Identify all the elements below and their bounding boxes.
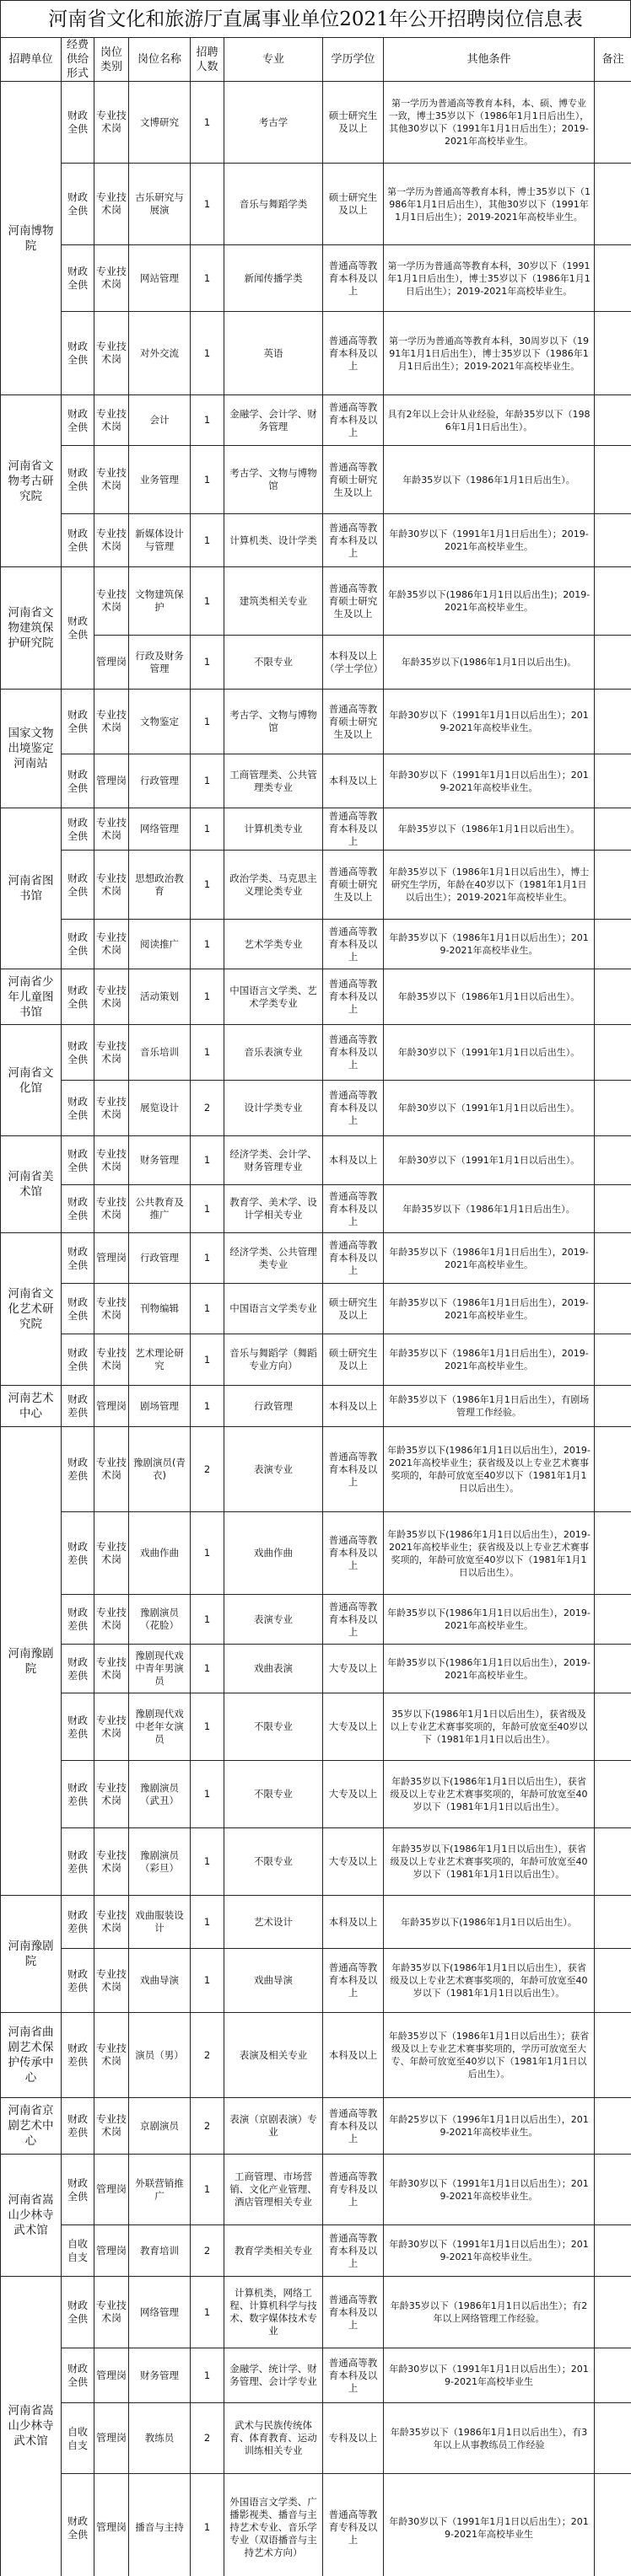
- conditions-cell: 年龄35岁以下(1986年1月1日以后出生），2019-2021年高校毕业生；获…: [384, 1512, 595, 1595]
- education-cell: 普通高等教育专科及以上: [323, 2155, 384, 2225]
- category-cell: 管理岗: [94, 754, 129, 808]
- count-cell: 1: [191, 754, 224, 808]
- table-row: 财政全供专业技术岗艺术理论研究1音乐与舞蹈学（舞蹈专业方向）硕士研究生及以上年龄…: [1, 1334, 631, 1386]
- remarks-cell: [595, 82, 631, 164]
- conditions-cell: 年龄35岁以下（1986年1月1日后出生），有剧场管理工作经验。: [384, 1386, 595, 1427]
- count-cell: 1: [191, 2155, 224, 2225]
- category-cell: 专业技术岗: [94, 1427, 129, 1512]
- education-cell: 大专及以上: [323, 1693, 384, 1761]
- category-cell: 专业技术岗: [94, 1334, 129, 1386]
- funding-cell: 财政全供: [62, 245, 94, 312]
- remarks-cell: [595, 1386, 631, 1427]
- table-row: 河南省文物考古研究院财政全供专业技术岗会计1金融学、会计学、财务管理普通高等教育…: [1, 395, 631, 446]
- count-cell: 1: [191, 1025, 224, 1081]
- conditions-cell: 年龄35岁以下(1986年1月1日以后出生)；2019-2021年高校毕业生。: [384, 567, 595, 636]
- category-cell: 专业技术岗: [94, 851, 129, 920]
- count-cell: 2: [191, 1427, 224, 1512]
- category-cell: 专业技术岗: [94, 1136, 129, 1185]
- conditions-cell: 年龄30岁以下（1991年1月1日以后出生）；2019-2021年高校毕业生。: [384, 690, 595, 754]
- major-cell: 武术与民族传统体育、体育教育、运动训练相关专业: [224, 2403, 323, 2474]
- unit-cell: 河南省京剧艺术中心: [1, 2098, 62, 2155]
- table-row: 财政全供专业技术岗阅读推广1艺术学类专业普通高等教育本科及以上年龄35岁以下（1…: [1, 920, 631, 969]
- count-cell: 1: [191, 1645, 224, 1693]
- unit-cell: 河南艺术中心: [1, 1386, 62, 1427]
- count-cell: 1: [191, 969, 224, 1025]
- funding-cell: 财政全供: [62, 312, 94, 395]
- position-cell: 古乐研究与展演: [129, 164, 191, 245]
- position-cell: 网站管理: [129, 245, 191, 312]
- conditions-cell: 年龄35岁以下(1986年1月1日以后出生），2019-2021年高校毕业生。: [384, 1645, 595, 1693]
- unit-cell: 河南省文化艺术研究院: [1, 1233, 62, 1386]
- position-cell: 行政管理: [129, 754, 191, 808]
- category-cell: 专业技术岗: [94, 1949, 129, 2013]
- header-row: 招聘单位 经费供给形式 岗位类别 岗位名称 招聘人数 专业 学历学位 其他条件 …: [1, 38, 631, 82]
- conditions-cell: 第一学历为普通高等教育本科，30岁以下（1991年1月1日后出生），博士35岁以…: [384, 245, 595, 312]
- education-cell: 普通高等教育硕士研究生及以上: [323, 851, 384, 920]
- major-cell: 经济学类、公共管理类专业: [224, 1233, 323, 1284]
- remarks-cell: [595, 2225, 631, 2277]
- conditions-cell: 年龄35岁以下（1986年1月1日后出生），2019-2021年高校毕业生。: [384, 1284, 595, 1334]
- table-row: 河南省文化馆财政全供专业技术岗音乐培训1音乐表演专业普通高等教育本科及以上年龄3…: [1, 1025, 631, 1081]
- category-cell: 专业技术岗: [94, 1693, 129, 1761]
- position-cell: 演员（男）: [129, 2013, 191, 2098]
- education-cell: 本科及以上: [323, 754, 384, 808]
- funding-cell: 财政全供: [62, 164, 94, 245]
- conditions-cell: 年龄35岁以下（1986年1月1日后出生），2019-2021年高校毕业生。: [384, 1233, 595, 1284]
- table-row: 财政差供专业技术岗戏曲作曲1戏曲作曲普通高等教育本科及以上年龄35岁以下(198…: [1, 1512, 631, 1595]
- unit-cell: 河南豫剧院: [1, 1896, 62, 2013]
- major-cell: 考古学、文物与博物馆: [224, 446, 323, 514]
- category-cell: 管理岗: [94, 636, 129, 690]
- unit-cell: 河南省嵩山少林寺武术馆: [1, 2277, 62, 2576]
- conditions-cell: 年龄25岁以下（1996年1月1日以后出生），2019-2021年高校毕业生。: [384, 2098, 595, 2155]
- count-cell: 1: [191, 1512, 224, 1595]
- table-row: 自收自支管理岗教育培训2教育学类相关专业普通高等教育本科及以上年龄30岁以下（1…: [1, 2225, 631, 2277]
- remarks-cell: [595, 969, 631, 1025]
- count-cell: 1: [191, 514, 224, 567]
- conditions-cell: 年龄30岁以下（1991年1月1日以后出生）；2019-2021年高校毕业生。: [384, 2155, 595, 2225]
- major-cell: 计算机类、设计学类: [224, 514, 323, 567]
- conditions-cell: 年龄35岁以下（1986年1月1日以后出生），博士研究生学历，年龄在40岁以下（…: [384, 851, 595, 920]
- table-row: 河南豫剧院财政差供专业技术岗戏曲服装设计1艺术设计本科及以上年龄35岁以下(19…: [1, 1896, 631, 1949]
- major-cell: 表演及相关专业: [224, 2013, 323, 2098]
- remarks-cell: [595, 2403, 631, 2474]
- major-cell: 考古学、文物与博物馆: [224, 690, 323, 754]
- table-body: 河南博物院财政全供专业技术岗文博研究1考古学硕士研究生及以上第一学历为普通高等教…: [1, 82, 631, 2576]
- position-cell: 豫剧演员（武丑）: [129, 1761, 191, 1828]
- category-cell: 专业技术岗: [94, 2277, 129, 2348]
- major-cell: 计算机类，网络工程、计算机科学与技术、数字媒体技术专业: [224, 2277, 323, 2348]
- funding-cell: 财政全供: [62, 1025, 94, 1081]
- education-cell: 普通高等教育硕士研究生及以上: [323, 690, 384, 754]
- conditions-cell: 年龄35岁以下（1986年1月1日以后出生）；获省级及以上专业艺术赛事奖项的，学…: [384, 2013, 595, 2098]
- major-cell: 戏曲表演: [224, 1645, 323, 1693]
- education-cell: 本科及以上: [323, 2013, 384, 2098]
- category-cell: 专业技术岗: [94, 82, 129, 164]
- conditions-cell: 年龄30岁以下（1991年1月1日以后出生）；2019-2021年高校毕业生: [384, 2348, 595, 2403]
- funding-cell: 财政全供: [62, 2155, 94, 2225]
- remarks-cell: [595, 754, 631, 808]
- header-funding: 经费供给形式: [62, 38, 94, 82]
- major-cell: 戏曲导演: [224, 1949, 323, 2013]
- conditions-cell: 年龄35岁以下（1986年1月1日以后出生）；2019-2021年高校毕业生。: [384, 920, 595, 969]
- funding-cell: 财政全供: [62, 1334, 94, 1386]
- education-cell: 普通高等教育专科及以上: [323, 2474, 384, 2576]
- conditions-cell: 年龄30岁以下（1991年1月1日以后出生）；2019-2021年高校毕业生。: [384, 2225, 595, 2277]
- category-cell: 专业技术岗: [94, 1896, 129, 1949]
- major-cell: 金融学、统计学、财务管理、会计学专业: [224, 2348, 323, 2403]
- category-cell: 专业技术岗: [94, 920, 129, 969]
- category-cell: 管理岗: [94, 2348, 129, 2403]
- unit-cell: 国家文物出境鉴定河南站: [1, 690, 62, 808]
- recruitment-sheet: 河南省文化和旅游厅直属事业单位2021年公开招聘岗位信息表 招聘单位 经费供给形…: [0, 0, 631, 2576]
- positions-table: 招聘单位 经费供给形式 岗位类别 岗位名称 招聘人数 专业 学历学位 其他条件 …: [0, 37, 631, 2576]
- count-cell: 1: [191, 2474, 224, 2576]
- remarks-cell: [595, 395, 631, 446]
- education-cell: 硕士研究生及以上: [323, 164, 384, 245]
- position-cell: 财务管理: [129, 1136, 191, 1185]
- remarks-cell: [595, 1284, 631, 1334]
- education-cell: 普通高等教育本科及以上: [323, 2277, 384, 2348]
- header-remarks: 备注: [595, 38, 631, 82]
- category-cell: 管理岗: [94, 2403, 129, 2474]
- major-cell: 建筑类相关专业: [224, 567, 323, 636]
- conditions-cell: 年龄35岁以下（1986年1月1日以后出生）。: [384, 969, 595, 1025]
- count-cell: 2: [191, 2225, 224, 2277]
- header-count: 招聘人数: [191, 38, 224, 82]
- table-row: 财政全供专业技术岗展览设计2设计学类专业普通高等教育本科及以上年龄30岁以下（1…: [1, 1081, 631, 1136]
- position-cell: 文博研究: [129, 82, 191, 164]
- remarks-cell: [595, 2098, 631, 2155]
- education-cell: 大专及以上: [323, 1645, 384, 1693]
- table-row: 河南省文化艺术研究院财政全供管理岗行政管理1经济学类、公共管理类专业普通高等教育…: [1, 1233, 631, 1284]
- education-cell: 本科及以上: [323, 1896, 384, 1949]
- major-cell: 教育学、美术学、设计学相关专业: [224, 1185, 323, 1233]
- education-cell: 硕士研究生及以上: [323, 82, 384, 164]
- funding-cell: 财政全供: [62, 920, 94, 969]
- education-cell: 普通高等教育本科及以上: [323, 245, 384, 312]
- position-cell: 剧场管理: [129, 1386, 191, 1427]
- major-cell: 工商管理类、公共管理类专业: [224, 754, 323, 808]
- remarks-cell: [595, 2155, 631, 2225]
- conditions-cell: 具有2年以上会计从业经验，年龄35岁以下（1986年1月1日后出生）。: [384, 395, 595, 446]
- remarks-cell: [595, 920, 631, 969]
- education-cell: 大专及以上: [323, 1828, 384, 1896]
- remarks-cell: [595, 2348, 631, 2403]
- remarks-cell: [595, 808, 631, 851]
- table-row: 河南省图书馆财政全供专业技术岗网络管理1计算机类专业普通高等教育本科及以上年龄3…: [1, 808, 631, 851]
- conditions-cell: 第一学历为普通高等教育本科，30周岁以下（1991年1月1日后出生），博士35岁…: [384, 312, 595, 395]
- count-cell: 1: [191, 1896, 224, 1949]
- remarks-cell: [595, 1185, 631, 1233]
- major-cell: 音乐与舞蹈学（舞蹈专业方向）: [224, 1334, 323, 1386]
- remarks-cell: [595, 1896, 631, 1949]
- remarks-cell: [595, 245, 631, 312]
- position-cell: 京剧演员: [129, 2098, 191, 2155]
- category-cell: 专业技术岗: [94, 1284, 129, 1334]
- table-row: 财政全供专业技术岗刊物编辑1中国语言文学类专业硕士研究生及以上年龄35岁以下（1…: [1, 1284, 631, 1334]
- funding-cell: 财政差供: [62, 1595, 94, 1645]
- funding-cell: 财政全供: [62, 808, 94, 851]
- category-cell: 专业技术岗: [94, 312, 129, 395]
- table-row: 财政全供专业技术岗公共教育及推广1教育学、美术学、设计学相关专业普通高等教育本科…: [1, 1185, 631, 1233]
- remarks-cell: [595, 312, 631, 395]
- category-cell: 专业技术岗: [94, 808, 129, 851]
- position-cell: 文物鉴定: [129, 690, 191, 754]
- unit-cell: 河南省美术馆: [1, 1136, 62, 1233]
- funding-cell: 财政全供: [62, 851, 94, 920]
- position-cell: 网络管理: [129, 808, 191, 851]
- category-cell: 专业技术岗: [94, 245, 129, 312]
- category-cell: 专业技术岗: [94, 446, 129, 514]
- education-cell: 普通高等教育硕士研究生及以上: [323, 446, 384, 514]
- major-cell: 工商管理、市场营销、文化产业管理、酒店管理相关专业: [224, 2155, 323, 2225]
- major-cell: 不限专业: [224, 1693, 323, 1761]
- count-cell: 1: [191, 1595, 224, 1645]
- count-cell: 2: [191, 1081, 224, 1136]
- conditions-cell: 第一学历为普通高等教育本科，博士35岁以下（1986年1月1日后出生），其他30…: [384, 164, 595, 245]
- table-row: 财政差供专业技术岗豫剧演员（花脸）1表演专业普通高等教育本科及以上年龄35岁以下…: [1, 1595, 631, 1645]
- conditions-cell: 35岁以下(1986年1月1日以后出生），获省级及以上专业艺术赛事奖项的，年龄可…: [384, 1693, 595, 1761]
- remarks-cell: [595, 567, 631, 636]
- unit-cell: 河南博物院: [1, 82, 62, 395]
- funding-cell: 财政差供: [62, 1645, 94, 1693]
- education-cell: 普通高等教育本科及以上: [323, 1233, 384, 1284]
- table-row: 财政差供专业技术岗豫剧现代戏中青年男演员1戏曲表演大专及以上年龄35岁以下(19…: [1, 1645, 631, 1693]
- category-cell: 管理岗: [94, 2474, 129, 2576]
- major-cell: 不限专业: [224, 1828, 323, 1896]
- education-cell: 普通高等教育本科及以上: [323, 1025, 384, 1081]
- count-cell: 1: [191, 1185, 224, 1233]
- table-row: 财政全供专业技术岗古乐研究与展演1音乐与舞蹈学类硕士研究生及以上第一学历为普通高…: [1, 164, 631, 245]
- table-row: 河南豫剧院财政差供专业技术岗豫剧演员(青衣)2表演专业普通高等教育本科及以上年龄…: [1, 1427, 631, 1512]
- position-cell: 网络管理: [129, 2277, 191, 2348]
- remarks-cell: [595, 690, 631, 754]
- table-row: 财政全供专业技术岗网站管理1新闻传播学类普通高等教育本科及以上第一学历为普通高等…: [1, 245, 631, 312]
- major-cell: 艺术设计: [224, 1896, 323, 1949]
- category-cell: 管理岗: [94, 1386, 129, 1427]
- count-cell: 1: [191, 312, 224, 395]
- category-cell: 专业技术岗: [94, 2013, 129, 2098]
- major-cell: 考古学: [224, 82, 323, 164]
- remarks-cell: [595, 1025, 631, 1081]
- major-cell: 表演专业: [224, 1427, 323, 1512]
- position-cell: 豫剧演员(青衣): [129, 1427, 191, 1512]
- category-cell: 专业技术岗: [94, 1828, 129, 1896]
- category-cell: 专业技术岗: [94, 514, 129, 567]
- major-cell: 不限专业: [224, 1761, 323, 1828]
- count-cell: 2: [191, 2098, 224, 2155]
- count-cell: 1: [191, 808, 224, 851]
- table-row: 财政差供专业技术岗豫剧演员（彩旦）1不限专业大专及以上年龄35岁以下(1986年…: [1, 1828, 631, 1896]
- remarks-cell: [595, 1233, 631, 1284]
- major-cell: 不限专业: [224, 636, 323, 690]
- position-cell: 外联营销推广: [129, 2155, 191, 2225]
- education-cell: 普通高等教育本科及以上: [323, 808, 384, 851]
- conditions-cell: 年龄35岁以下(1986年1月1日以后出生），获省级及以上专业艺术赛事奖项的，年…: [384, 1761, 595, 1828]
- remarks-cell: [595, 2013, 631, 2098]
- position-cell: 教育培训: [129, 2225, 191, 2277]
- count-cell: 1: [191, 82, 224, 164]
- remarks-cell: [595, 1595, 631, 1645]
- count-cell: 1: [191, 690, 224, 754]
- conditions-cell: 年龄35岁以下(1986年1月1日以后出生），获省级及以上专业艺术赛事奖项的，年…: [384, 1828, 595, 1896]
- count-cell: 1: [191, 920, 224, 969]
- header-major: 专业: [224, 38, 323, 82]
- position-cell: 豫剧现代戏中老年女演员: [129, 1693, 191, 1761]
- header-education: 学历学位: [323, 38, 384, 82]
- remarks-cell: [595, 1334, 631, 1386]
- education-cell: 本科及以上: [323, 1386, 384, 1427]
- remarks-cell: [595, 1828, 631, 1896]
- position-cell: 音乐培训: [129, 1025, 191, 1081]
- table-row: 河南省曲剧艺术保护传承中心财政差供专业技术岗演员（男）2表演及相关专业本科及以上…: [1, 2013, 631, 2098]
- unit-cell: 河南省文物建筑保护研究院: [1, 567, 62, 690]
- position-cell: 新媒体设计与管理: [129, 514, 191, 567]
- funding-cell: 财政全供: [62, 514, 94, 567]
- conditions-cell: 年龄35岁以下（1986年1月1日后出生），2019-2021年高校毕业生。: [384, 1334, 595, 1386]
- category-cell: 专业技术岗: [94, 164, 129, 245]
- education-cell: 本科及以上: [323, 1136, 384, 1185]
- category-cell: 专业技术岗: [94, 1512, 129, 1595]
- major-cell: 外国语言文学类、广播影视类、播音与主持艺术专业、音乐学专业（双语播音与主持艺术方…: [224, 2474, 323, 2576]
- funding-cell: 财政差供: [62, 1427, 94, 1512]
- conditions-cell: 年龄35岁以下（1986年1月1日后出生）。: [384, 446, 595, 514]
- position-cell: 公共教育及推广: [129, 1185, 191, 1233]
- count-cell: 1: [191, 446, 224, 514]
- table-row: 财政差供专业技术岗戏曲导演1戏曲导演普通高等教育本科及以上年龄35岁以下(198…: [1, 1949, 631, 2013]
- position-cell: 思想政治教育: [129, 851, 191, 920]
- count-cell: 1: [191, 245, 224, 312]
- category-cell: 专业技术岗: [94, 1761, 129, 1828]
- remarks-cell: [595, 1761, 631, 1828]
- major-cell: 戏曲作曲: [224, 1512, 323, 1595]
- education-cell: 普通高等教育硕士研究生及以上: [323, 567, 384, 636]
- education-cell: 本科及以上（学士学位）: [323, 636, 384, 690]
- remarks-cell: [595, 1427, 631, 1512]
- table-row: 河南艺术中心财政差供管理岗剧场管理1行政管理本科及以上年龄35岁以下（1986年…: [1, 1386, 631, 1427]
- unit-cell: 河南省曲剧艺术保护传承中心: [1, 2013, 62, 2098]
- conditions-cell: 年龄35岁以下（1986年1月1日以后出生），有3年以上从事教练员工作经验: [384, 2403, 595, 2474]
- remarks-cell: [595, 1949, 631, 2013]
- major-cell: 音乐与舞蹈学类: [224, 164, 323, 245]
- major-cell: 经济学类、会计学、财务管理专业: [224, 1136, 323, 1185]
- count-cell: 1: [191, 395, 224, 446]
- education-cell: 普通高等教育本科及以上: [323, 395, 384, 446]
- table-row: 财政全供管理岗财务管理1金融学、统计学、财务管理、会计学专业普通高等教育本科及以…: [1, 2348, 631, 2403]
- conditions-cell: 年龄30岁以下（1991年1月1日以后出生）。: [384, 1136, 595, 1185]
- remarks-cell: [595, 1693, 631, 1761]
- count-cell: 1: [191, 1233, 224, 1284]
- funding-cell: 财政差供: [62, 1949, 94, 2013]
- unit-name: 河南省嵩山少林寺武术馆: [3, 2277, 59, 2449]
- count-cell: 1: [191, 164, 224, 245]
- table-row: 管理岗行政及财务管理1不限专业本科及以上（学士学位）年龄35岁以下(1986年1…: [1, 636, 631, 690]
- table-row: 河南省嵩山少林寺武术馆财政全供专业技术岗网络管理1计算机类，网络工程、计算机科学…: [1, 2277, 631, 2348]
- category-cell: 管理岗: [94, 1233, 129, 1284]
- major-cell: 艺术学类专业: [224, 920, 323, 969]
- funding-cell: 财政差供: [62, 1512, 94, 1595]
- position-cell: 展览设计: [129, 1081, 191, 1136]
- header-conditions: 其他条件: [384, 38, 595, 82]
- count-cell: 1: [191, 1761, 224, 1828]
- category-cell: 专业技术岗: [94, 2098, 129, 2155]
- funding-cell: 财政全供: [62, 690, 94, 754]
- conditions-cell: 第一学历为普通高等教育本科，本、硕、博专业一致，博士35岁以下（1986年1月1…: [384, 82, 595, 164]
- count-cell: 1: [191, 2277, 224, 2348]
- education-cell: 普通高等教育本科及以上: [323, 969, 384, 1025]
- education-cell: 普通高等教育本科及以上: [323, 1949, 384, 2013]
- count-cell: 1: [191, 1386, 224, 1427]
- count-cell: 1: [191, 1334, 224, 1386]
- unit-cell: 河南省少年儿童图书馆: [1, 969, 62, 1025]
- unit-cell: 河南省文物考古研究院: [1, 395, 62, 567]
- position-cell: 播音与主持: [129, 2474, 191, 2576]
- education-cell: 普通高等教育本科及以上: [323, 2348, 384, 2403]
- count-cell: 1: [191, 1284, 224, 1334]
- unit-cell: 河南省文化馆: [1, 1025, 62, 1136]
- position-cell: 豫剧演员（彩旦）: [129, 1828, 191, 1896]
- education-cell: 大专及以上: [323, 1761, 384, 1828]
- conditions-cell: 年龄30岁以下（1991年1月1日以后出生）；2019-2021年高校毕业生: [384, 2474, 595, 2576]
- conditions-cell: 年龄35岁以下(1986年1月1日以后出生），2019-2021年高校毕业生；获…: [384, 1427, 595, 1512]
- funding-cell: 财政全供: [62, 395, 94, 446]
- funding-cell: 财政差供: [62, 1896, 94, 1949]
- remarks-cell: [595, 851, 631, 920]
- major-cell: 设计学类专业: [224, 1081, 323, 1136]
- major-cell: 新闻传播学类: [224, 245, 323, 312]
- position-cell: 行政及财务管理: [129, 636, 191, 690]
- major-cell: 政治学类、马克思主义理论类专业: [224, 851, 323, 920]
- remarks-cell: [595, 1645, 631, 1693]
- education-cell: 普通高等教育本科及以上: [323, 2225, 384, 2277]
- table-row: 河南省美术馆财政全供专业技术岗财务管理1经济学类、会计学、财务管理专业本科及以上…: [1, 1136, 631, 1185]
- conditions-cell: 年龄35岁以下(1986年1月1日以后出生），获省级及以上专业艺术赛事奖项的，年…: [384, 1949, 595, 2013]
- remarks-cell: [595, 446, 631, 514]
- remarks-cell: [595, 1136, 631, 1185]
- major-cell: 表演专业: [224, 1595, 323, 1645]
- funding-cell: 财政全供: [62, 82, 94, 164]
- unit-cell: 河南省嵩山少林寺武术馆: [1, 2155, 62, 2277]
- table-row: 财政全供专业技术岗新媒体设计与管理1计算机类、设计学类普通高等教育本科及以上年龄…: [1, 514, 631, 567]
- table-row: 财政全供管理岗行政管理1工商管理类、公共管理类专业本科及以上年龄30岁以下（19…: [1, 754, 631, 808]
- category-cell: 专业技术岗: [94, 567, 129, 636]
- table-row: 财政差供专业技术岗豫剧现代戏中老年女演员1不限专业大专及以上35岁以下(1986…: [1, 1693, 631, 1761]
- position-cell: 豫剧演员（花脸）: [129, 1595, 191, 1645]
- funding-cell: 财政全供: [62, 2348, 94, 2403]
- education-cell: 普通高等教育本科及以上: [323, 2098, 384, 2155]
- unit-cell: 河南豫剧院: [1, 1427, 62, 1896]
- category-cell: 管理岗: [94, 2225, 129, 2277]
- table-row: 财政全供专业技术岗对外交流1英语普通高等教育本科及以上第一学历为普通高等教育本科…: [1, 312, 631, 395]
- category-cell: 管理岗: [94, 2155, 129, 2225]
- position-cell: 戏曲服装设计: [129, 1896, 191, 1949]
- category-cell: 专业技术岗: [94, 969, 129, 1025]
- header-unit: 招聘单位: [1, 38, 62, 82]
- major-cell: 金融学、会计学、财务管理: [224, 395, 323, 446]
- table-row: 自收自支管理岗教练员2武术与民族传统体育、体育教育、运动训练相关专业专科及以上年…: [1, 2403, 631, 2474]
- position-cell: 阅读推广: [129, 920, 191, 969]
- funding-cell: 财政全供: [62, 1185, 94, 1233]
- major-cell: 中国语言文学类专业: [224, 1284, 323, 1334]
- count-cell: 1: [191, 1693, 224, 1761]
- category-cell: 专业技术岗: [94, 1025, 129, 1081]
- funding-cell: 财政全供: [62, 2474, 94, 2576]
- remarks-cell: [595, 1081, 631, 1136]
- position-cell: 行政管理: [129, 1233, 191, 1284]
- category-cell: 专业技术岗: [94, 395, 129, 446]
- conditions-cell: 年龄35岁以下(1986年1月1日以后出生)。: [384, 636, 595, 690]
